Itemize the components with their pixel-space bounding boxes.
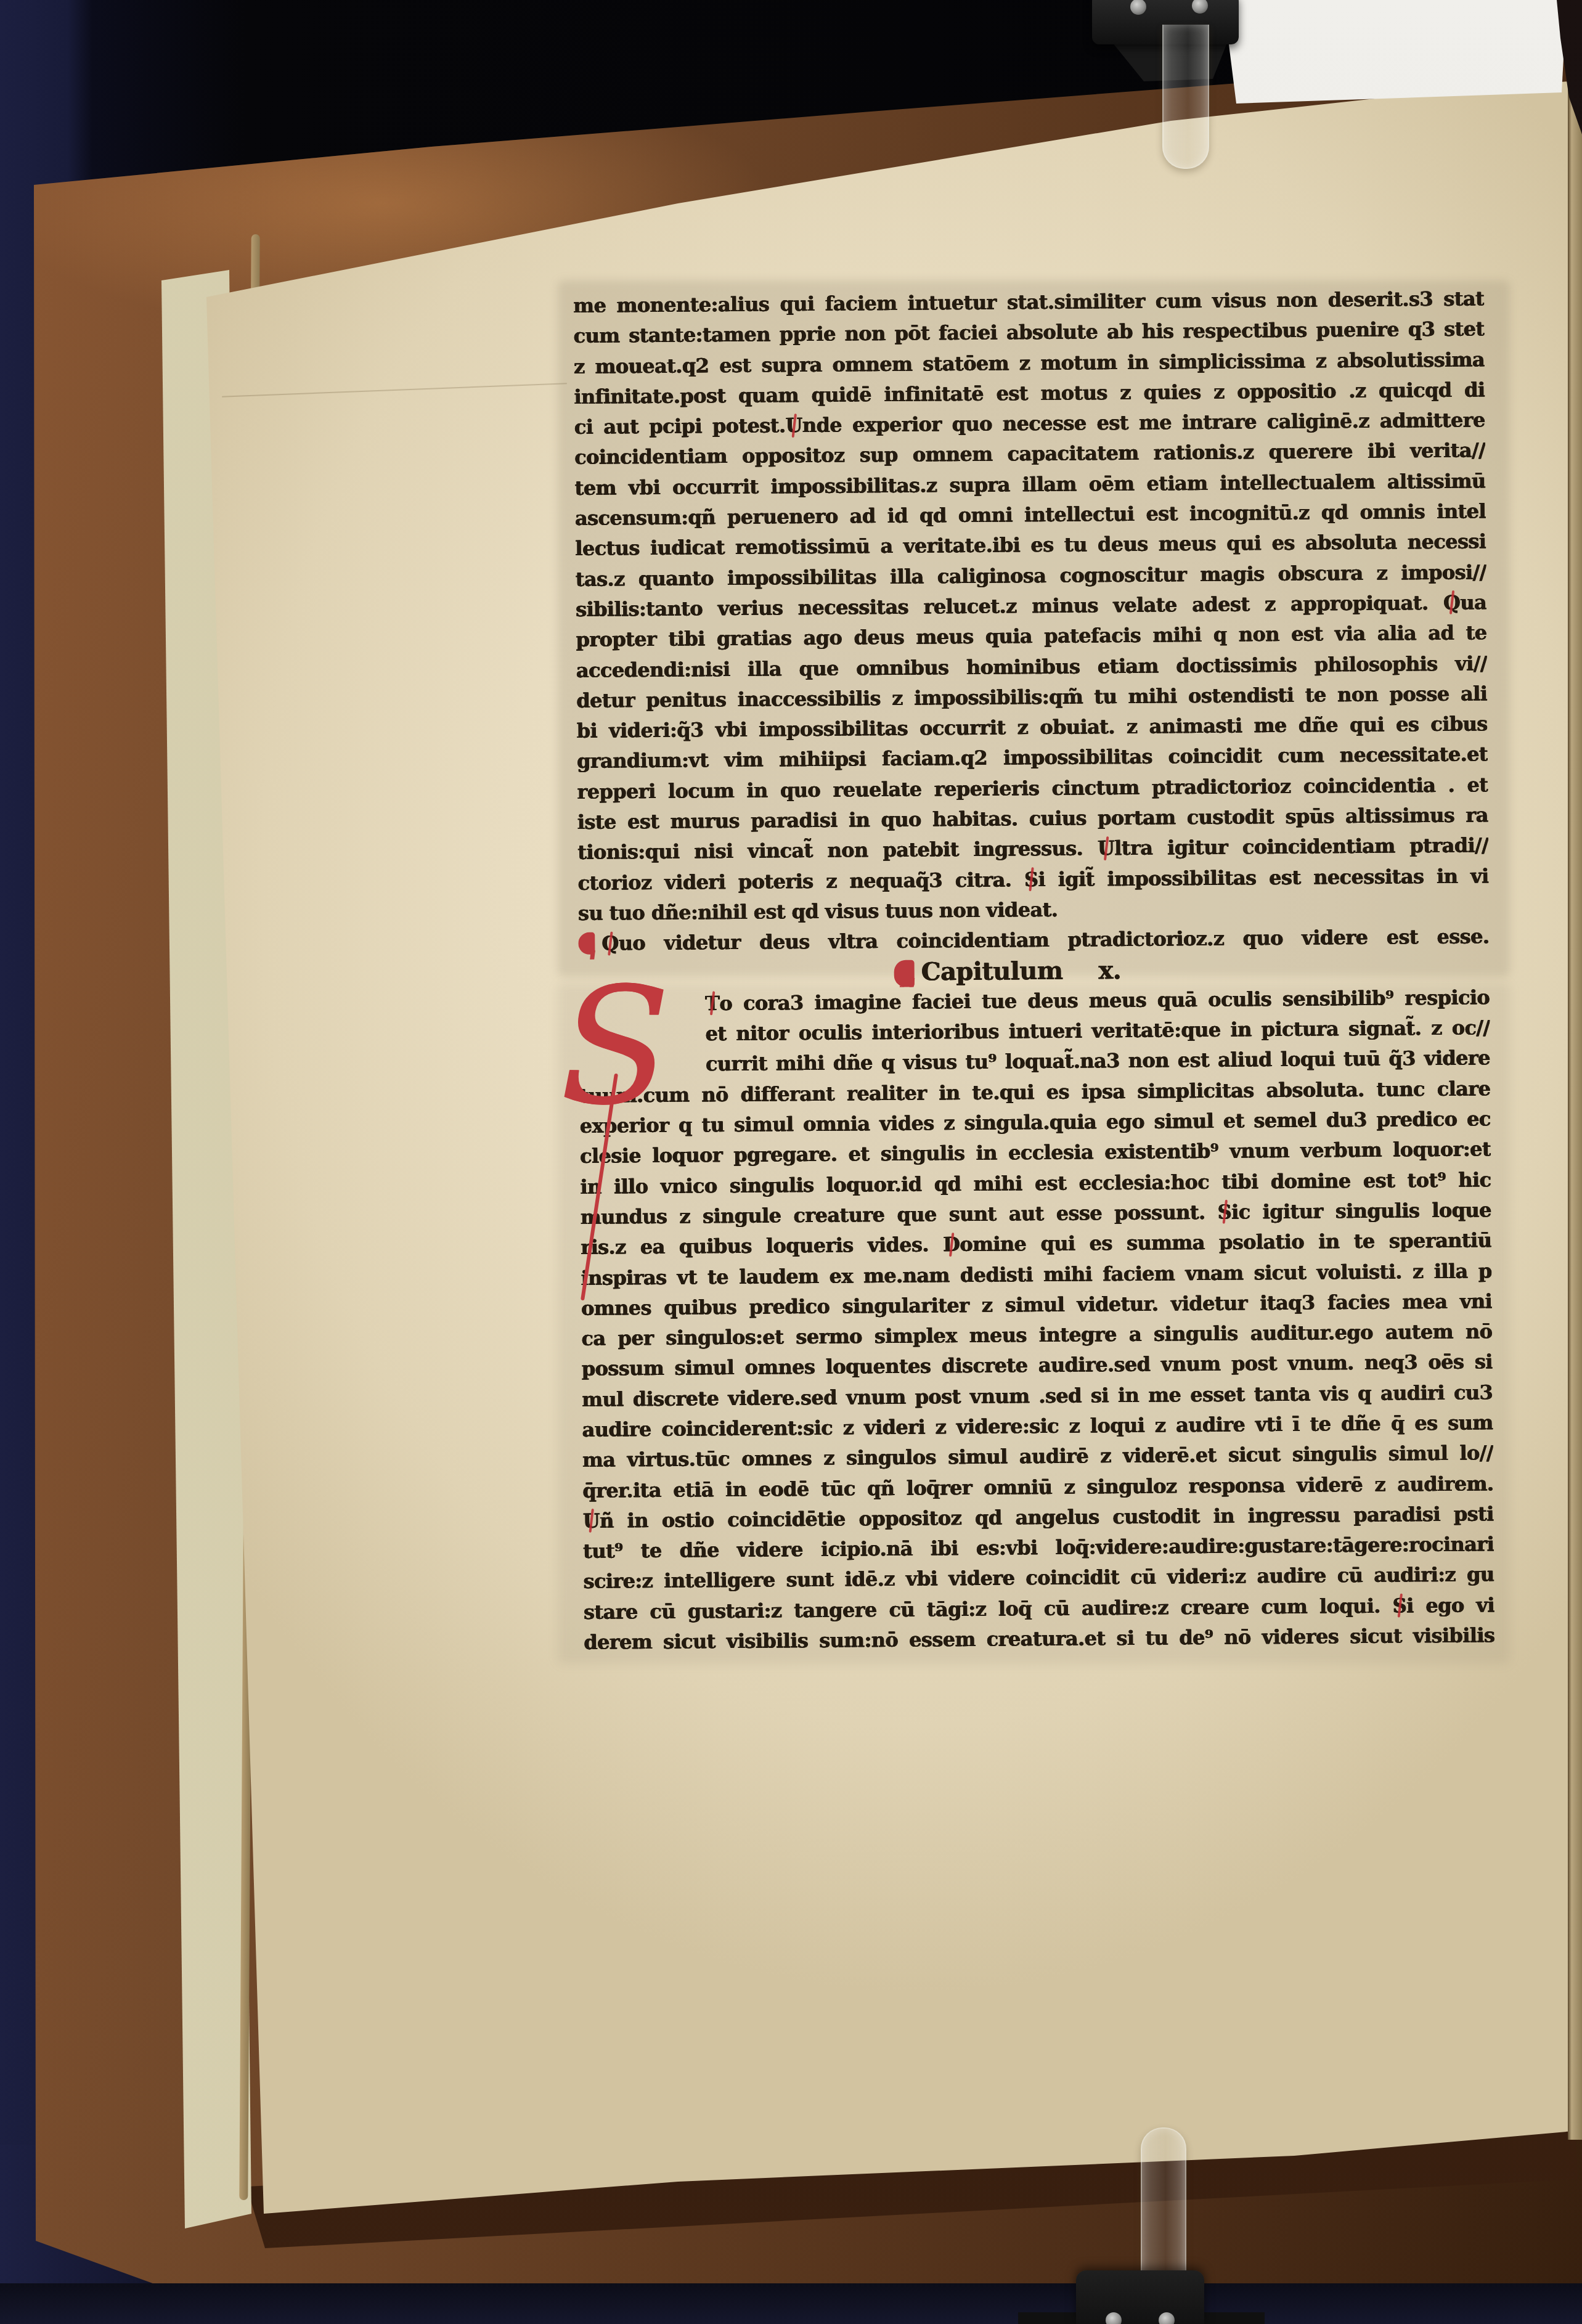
rubricated-capital: D [943,1229,960,1260]
screw-icon [1106,2312,1122,2324]
rubricated-capital: T [705,989,720,1019]
screw-icon [1130,0,1146,15]
rubricated-capital: Q [1443,588,1461,619]
printed-text-block: me monente:alius qui faciem intuetur sta… [573,283,1494,1658]
rubricated-capital: U [582,1506,600,1537]
rubricated-capital: S [1392,1591,1406,1621]
bottom-clamp [1076,2270,1204,2324]
paragraph: me monente:alius qui faciem intuetur sta… [573,283,1489,929]
felt-background [0,2283,1582,2324]
paragraph-mark-icon [894,960,915,987]
page-right-edge [1568,78,1582,2140]
paragraph-mark-icon [578,932,595,955]
chapter-number: x. [1098,956,1121,985]
screw-icon [1192,0,1208,14]
rubricated-initial-letter: S [560,966,671,1128]
rubricated-capital: S [1024,865,1038,895]
screw-icon [1159,2312,1175,2324]
rubricated-capital: U [1098,833,1115,864]
book-photograph-scene: me monente:alius qui faciem intuetur sta… [0,0,1582,2324]
rubricated-capital: U [785,410,802,441]
transparent-page-holder [1141,2127,1186,2284]
chapter-heading-word: Capitulum [921,956,1063,986]
rubricated-capital: S [1217,1197,1231,1228]
transparent-page-holder [1162,25,1209,169]
paragraph: To cora3 imagine faciei tue deus meus qu… [579,982,1494,1658]
